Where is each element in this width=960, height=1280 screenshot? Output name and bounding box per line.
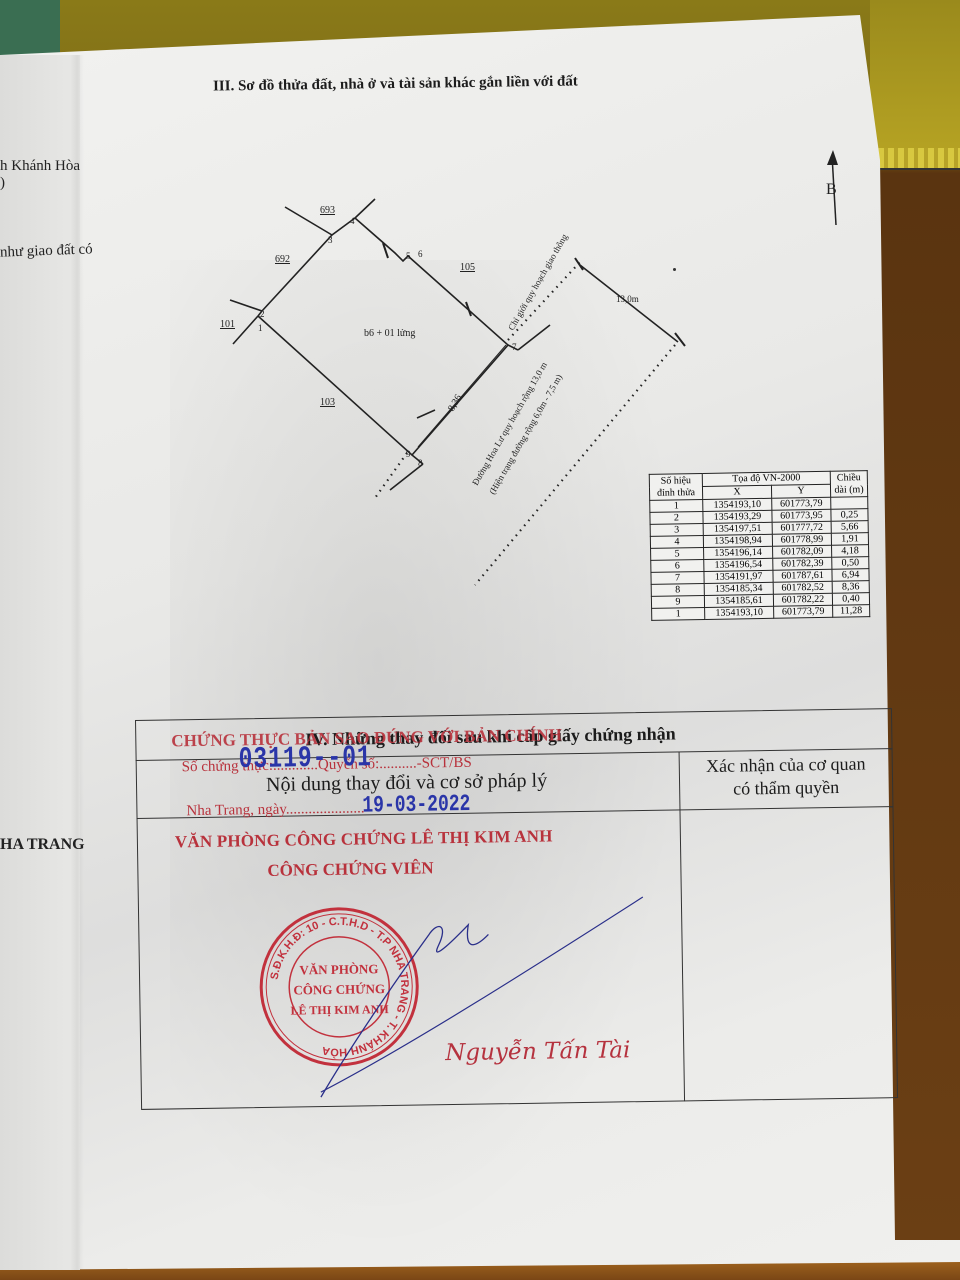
cell-len: 11,28 bbox=[833, 605, 870, 618]
cell-len: 6,94 bbox=[832, 569, 869, 582]
cell-x: 1354193,10 bbox=[705, 606, 774, 619]
svg-text:103: 103 bbox=[320, 397, 335, 408]
cell-len: 4,18 bbox=[832, 545, 869, 558]
header-length: Chiều dài (m) bbox=[830, 471, 867, 498]
svg-text:693: 693 bbox=[320, 205, 335, 216]
svg-text:8: 8 bbox=[418, 458, 423, 468]
stamp-date-value: 19-03-2022 bbox=[362, 792, 470, 820]
cell-id: 1 bbox=[650, 499, 703, 512]
svg-text:5: 5 bbox=[406, 251, 411, 261]
cell-id: 8 bbox=[651, 583, 704, 596]
cell-len bbox=[831, 497, 868, 510]
cell-id: 4 bbox=[650, 535, 703, 548]
svg-text:101: 101 bbox=[220, 319, 235, 330]
cell-y: 601782,52 bbox=[773, 581, 832, 594]
cell-len: 0,50 bbox=[832, 557, 869, 570]
parcel-boundary bbox=[230, 199, 685, 490]
cell-y: 601773,79 bbox=[774, 605, 833, 618]
cell-id: 2 bbox=[650, 511, 703, 524]
changes-section: IV. Những thay đổi sau khi cấp giấy chứn… bbox=[135, 708, 898, 1110]
cell-y: 601787,61 bbox=[773, 569, 832, 582]
cell-len: 8,36 bbox=[832, 581, 869, 594]
stamp-cert-number-value: 03119--01 bbox=[238, 740, 372, 776]
svg-text:4: 4 bbox=[350, 216, 355, 226]
left-fragment: HA TRANG bbox=[0, 836, 85, 854]
cell-id: 1 bbox=[652, 607, 705, 620]
speck bbox=[673, 268, 676, 271]
svg-text:B: B bbox=[826, 181, 837, 198]
column-confirmation: Xác nhận của cơ quan có thẩm quyền bbox=[696, 752, 877, 801]
svg-text:9: 9 bbox=[406, 449, 411, 459]
cell-y: 601782,09 bbox=[773, 545, 832, 558]
cell-y: 601773,95 bbox=[772, 509, 831, 522]
header-x: X bbox=[702, 485, 771, 499]
cell-id: 3 bbox=[650, 523, 703, 536]
svg-text:105: 105 bbox=[460, 262, 475, 273]
cell-len: 0,40 bbox=[832, 593, 869, 606]
svg-text:1: 1 bbox=[258, 323, 263, 333]
cell-id: 5 bbox=[651, 547, 704, 560]
cell-y: 601778,99 bbox=[772, 533, 831, 546]
svg-text:2: 2 bbox=[260, 309, 265, 319]
cell-id: 6 bbox=[651, 559, 704, 572]
svg-text:6: 6 bbox=[418, 249, 423, 259]
cell-y: 601777,72 bbox=[772, 521, 831, 534]
cell-y: 601782,22 bbox=[773, 593, 832, 606]
cell-y: 601782,39 bbox=[773, 557, 832, 570]
svg-text:13,0m: 13,0m bbox=[616, 294, 639, 304]
header-y: Y bbox=[771, 484, 830, 498]
header-vertex: Số hiệu đỉnh thửa bbox=[649, 473, 702, 500]
cell-id: 9 bbox=[651, 595, 704, 608]
signature-icon bbox=[288, 892, 651, 1108]
cell-len: 5,66 bbox=[831, 521, 868, 534]
svg-text:692: 692 bbox=[275, 254, 290, 265]
north-arrow-icon: B bbox=[826, 150, 838, 225]
stamp-place-date: Nha Trang, ngày..................... bbox=[186, 800, 364, 820]
coordinate-table: Số hiệu đỉnh thửa Tọa độ VN-2000 Chiều d… bbox=[649, 470, 871, 621]
signer-name: Nguyễn Tấn Tài bbox=[445, 1037, 631, 1066]
svg-text:b6 + 01 lửng: b6 + 01 lửng bbox=[364, 328, 415, 339]
cell-len: 1,91 bbox=[831, 533, 868, 546]
svg-text:3: 3 bbox=[328, 235, 333, 245]
cell-len: 0,25 bbox=[831, 509, 868, 522]
cell-id: 7 bbox=[651, 571, 704, 584]
svg-text:7: 7 bbox=[512, 342, 517, 352]
cell-y: 601773,79 bbox=[772, 497, 831, 510]
notary-role: CÔNG CHỨNG VIÊN bbox=[267, 858, 434, 881]
